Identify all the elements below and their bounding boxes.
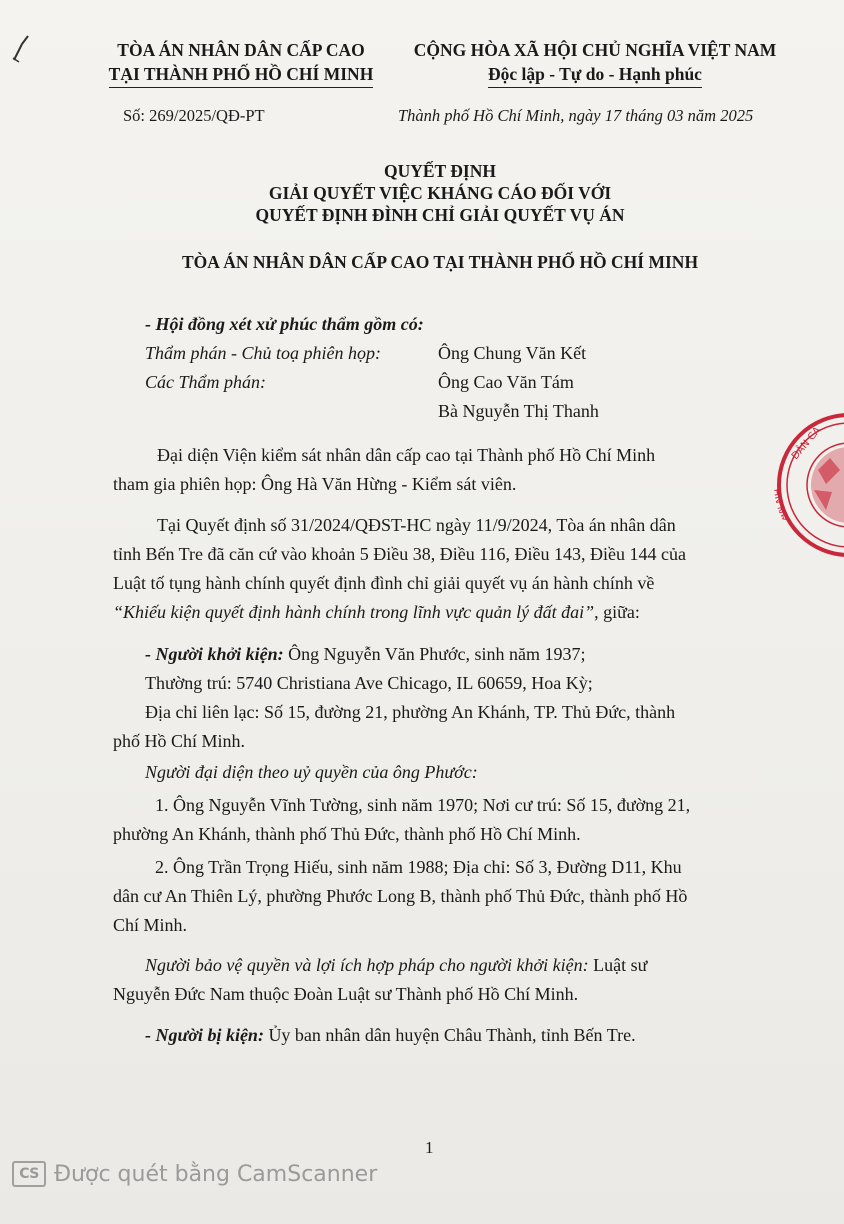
issuing-court: TÒA ÁN NHÂN DÂN CẤP CAO TẠI THÀNH PHỐ HỒ… [100,252,780,273]
case-subject: “Khiếu kiện quyết định hành chính trong … [113,602,594,622]
decision-line-3: Luật tố tụng hành chính quyết định đình … [113,573,654,594]
title-line-2: GIẢI QUYẾT VIỆC KHÁNG CÁO ĐỐI VỚI [100,182,780,204]
presiding-judge-label: Thẩm phán - Chủ toạ phiên họp: [145,343,381,364]
representative-2-line-3: Chí Minh. [113,915,187,936]
presiding-judge-name: Ông Chung Văn Kết [438,343,586,364]
court-name-line1: TÒA ÁN NHÂN DÂN CẤP CAO [96,38,386,62]
watermark-text: Được quét bằng CamScanner [54,1162,377,1187]
defendant-value: Ủy ban nhân dân huyện Châu Thành, tỉnh B… [264,1025,636,1045]
camscanner-logo-icon: CS [12,1161,46,1187]
court-seal-stamp-icon: DÂN CẤ ÁN NH [774,410,844,560]
national-header: CỘNG HÒA XÃ HỘI CHỦ NGHĨA VIỆT NAM Độc l… [385,38,805,88]
judge-name-1: Ông Cao Văn Tám [438,372,574,393]
representative-2-line-1: 2. Ông Trần Trọng Hiếu, sinh năm 1988; Đ… [155,857,682,878]
panel-heading: - Hội đồng xét xử phúc thẩm gồm có: [145,314,424,335]
plaintiff-line: - Người khởi kiện: Ông Nguyễn Văn Phước,… [145,644,586,665]
camscanner-watermark: CS Được quét bằng CamScanner [12,1159,377,1189]
defendant-line: - Người bị kiện: Ủy ban nhân dân huyện C… [145,1025,636,1046]
national-title: CỘNG HÒA XÃ HỘI CHỦ NGHĨA VIỆT NAM [385,38,805,62]
decision-line-4: “Khiếu kiện quyết định hành chính trong … [113,602,640,623]
defendant-label: - Người bị kiện: [145,1025,264,1045]
plaintiff-contact-line-2: phố Hồ Chí Minh. [113,731,245,752]
title-line-1: QUYẾT ĐỊNH [100,160,780,182]
plaintiff-label: - Người khởi kiện: [145,644,284,664]
document-number: Số: 269/2025/QĐ-PT [123,106,265,126]
plaintiff-contact-line-1: Địa chỉ liên lạc: Số 15, đường 21, phườn… [145,702,675,723]
decision-line-4-rest: , giữa: [594,602,640,622]
protector-line-2: Nguyễn Đức Nam thuộc Đoàn Luật sư Thành … [113,984,578,1005]
national-motto: Độc lập - Tự do - Hạnh phúc [488,62,702,88]
protector-line-1: Người bảo vệ quyền và lợi ích hợp pháp c… [145,955,647,976]
document-date: Thành phố Hồ Chí Minh, ngày 17 tháng 03 … [398,106,753,126]
protector-value: Luật sư [589,955,648,975]
judges-label: Các Thẩm phán: [145,372,266,393]
decision-line-1: Tại Quyết định số 31/2024/QĐST-HC ngày 1… [157,515,676,536]
prosecutor-line-1: Đại diện Viện kiểm sát nhân dân cấp cao … [157,445,655,466]
scanned-document-page: TÒA ÁN NHÂN DÂN CẤP CAO TẠI THÀNH PHỐ HỒ… [0,0,844,1224]
protector-label: Người bảo vệ quyền và lợi ích hợp pháp c… [145,955,589,975]
decision-line-2: tỉnh Bến Tre đã căn cứ vào khoản 5 Điều … [113,544,686,565]
plaintiff-residence: Thường trú: 5740 Christiana Ave Chicago,… [145,673,593,694]
plaintiff-value: Ông Nguyễn Văn Phước, sinh năm 1937; [284,644,586,664]
representatives-heading: Người đại diện theo uỷ quyền của ông Phư… [145,762,478,783]
page-number: 1 [425,1138,434,1158]
title-line-3: QUYẾT ĐỊNH ĐÌNH CHỈ GIẢI QUYẾT VỤ ÁN [100,204,780,226]
svg-text:ÁN NH: ÁN NH [774,487,789,521]
handwritten-mark-icon [10,32,34,64]
prosecutor-line-2: tham gia phiên họp: Ông Hà Văn Hừng - Ki… [113,474,516,495]
judge-name-2: Bà Nguyễn Thị Thanh [438,401,599,422]
document-title: QUYẾT ĐỊNH GIẢI QUYẾT VIỆC KHÁNG CÁO ĐỐI… [100,160,780,226]
representative-1-line-1: 1. Ông Nguyễn Vĩnh Tường, sinh năm 1970;… [155,795,690,816]
representative-1-line-2: phường An Khánh, thành phố Thủ Đức, thàn… [113,824,581,845]
representative-2-line-2: dân cư An Thiên Lý, phường Phước Long B,… [113,886,687,907]
court-name-line2: TẠI THÀNH PHỐ HỒ CHÍ MINH [109,62,374,88]
court-header: TÒA ÁN NHÂN DÂN CẤP CAO TẠI THÀNH PHỐ HỒ… [96,38,386,88]
